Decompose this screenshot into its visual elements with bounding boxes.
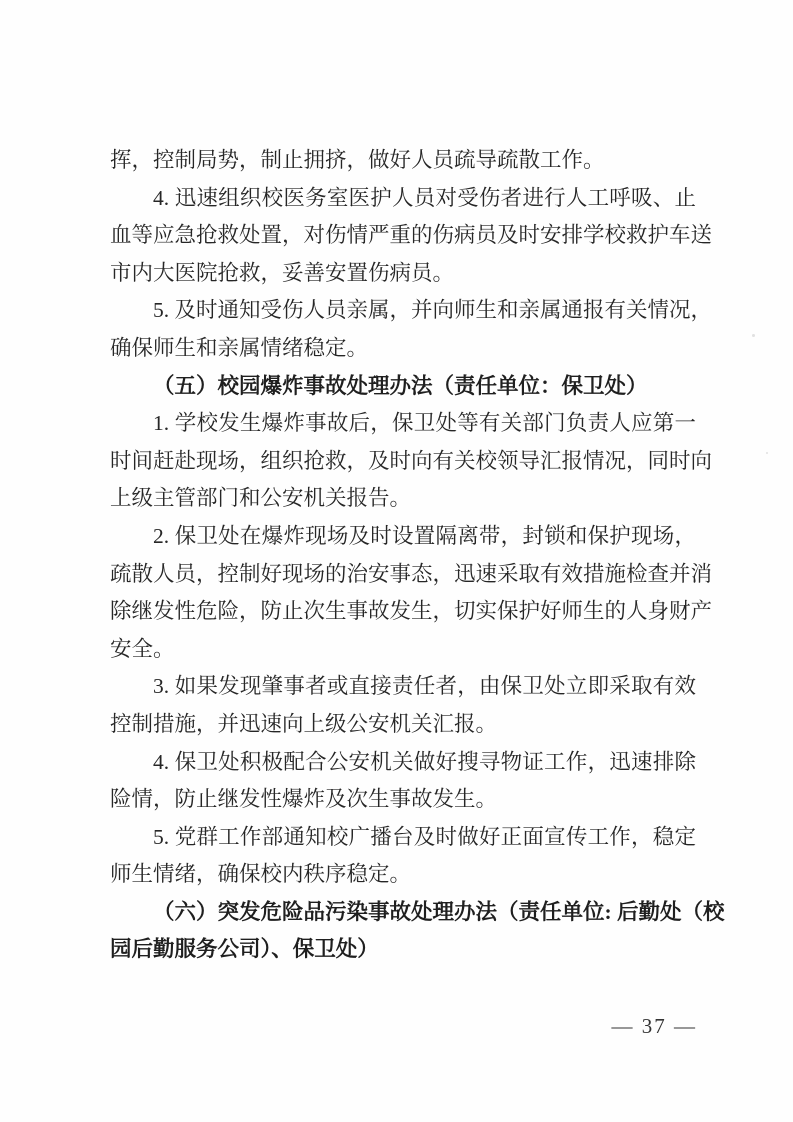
text-line: 确保师生和亲属情绪稳定。	[110, 330, 696, 368]
document-page: 挥，控制局势，制止拥挤，做好人员疏导疏散工作。4. 迅速组织校医务室医护人员对受…	[0, 0, 793, 1122]
heading-line: （六）突发危险品污染事故处理办法（责任单位: 后勤处（校	[110, 894, 696, 932]
text-line: 除继发性危险，防止次生事故发生，切实保护好师生的人身财产	[110, 593, 696, 631]
text-line: 师生情绪，确保校内秩序稳定。	[110, 856, 696, 894]
scan-speck	[766, 452, 768, 454]
text-line: 4. 保卫处积极配合公安机关做好搜寻物证工作，迅速排除	[110, 744, 696, 782]
text-line: 市内大医院抢救，妥善安置伤病员。	[110, 255, 696, 293]
text-line: 险情，防止继发性爆炸及次生事故发生。	[110, 781, 696, 819]
text-line: 3. 如果发现肇事者或直接责任者，由保卫处立即采取有效	[110, 668, 696, 706]
page-number: — 37 —	[612, 1014, 698, 1039]
text-line: 4. 迅速组织校医务室医护人员对受伤者进行人工呼吸、止	[110, 180, 696, 218]
text-line: 5. 党群工作部通知校广播台及时做好正面宣传工作，稳定	[110, 819, 696, 857]
text-line: 5. 及时通知受伤人员亲属，并向师生和亲属通报有关情况，	[110, 292, 696, 330]
text-line: 挥，控制局势，制止拥挤，做好人员疏导疏散工作。	[110, 142, 696, 180]
text-line: 时间赶赴现场，组织抢救，及时向有关校领导汇报情况，同时向	[110, 443, 696, 481]
text-line: 1. 学校发生爆炸事故后，保卫处等有关部门负责人应第一	[110, 405, 696, 443]
text-line: 控制措施，并迅速向上级公安机关汇报。	[110, 706, 696, 744]
heading-line: 园后勤服务公司）、保卫处）	[110, 931, 696, 969]
document-body: 挥，控制局势，制止拥挤，做好人员疏导疏散工作。4. 迅速组织校医务室医护人员对受…	[110, 142, 696, 969]
text-line: 2. 保卫处在爆炸现场及时设置隔离带，封锁和保护现场，	[110, 518, 696, 556]
text-line: 上级主管部门和公安机关报告。	[110, 480, 696, 518]
text-line: 血等应急抢救处置，对伤情严重的伤病员及时安排学校救护车送	[110, 217, 696, 255]
text-line: 安全。	[110, 631, 696, 669]
text-line: 疏散人员，控制好现场的治安事态，迅速采取有效措施检查并消	[110, 556, 696, 594]
scan-speck	[752, 334, 755, 337]
heading-line: （五）校园爆炸事故处理办法（责任单位：保卫处）	[110, 368, 696, 406]
